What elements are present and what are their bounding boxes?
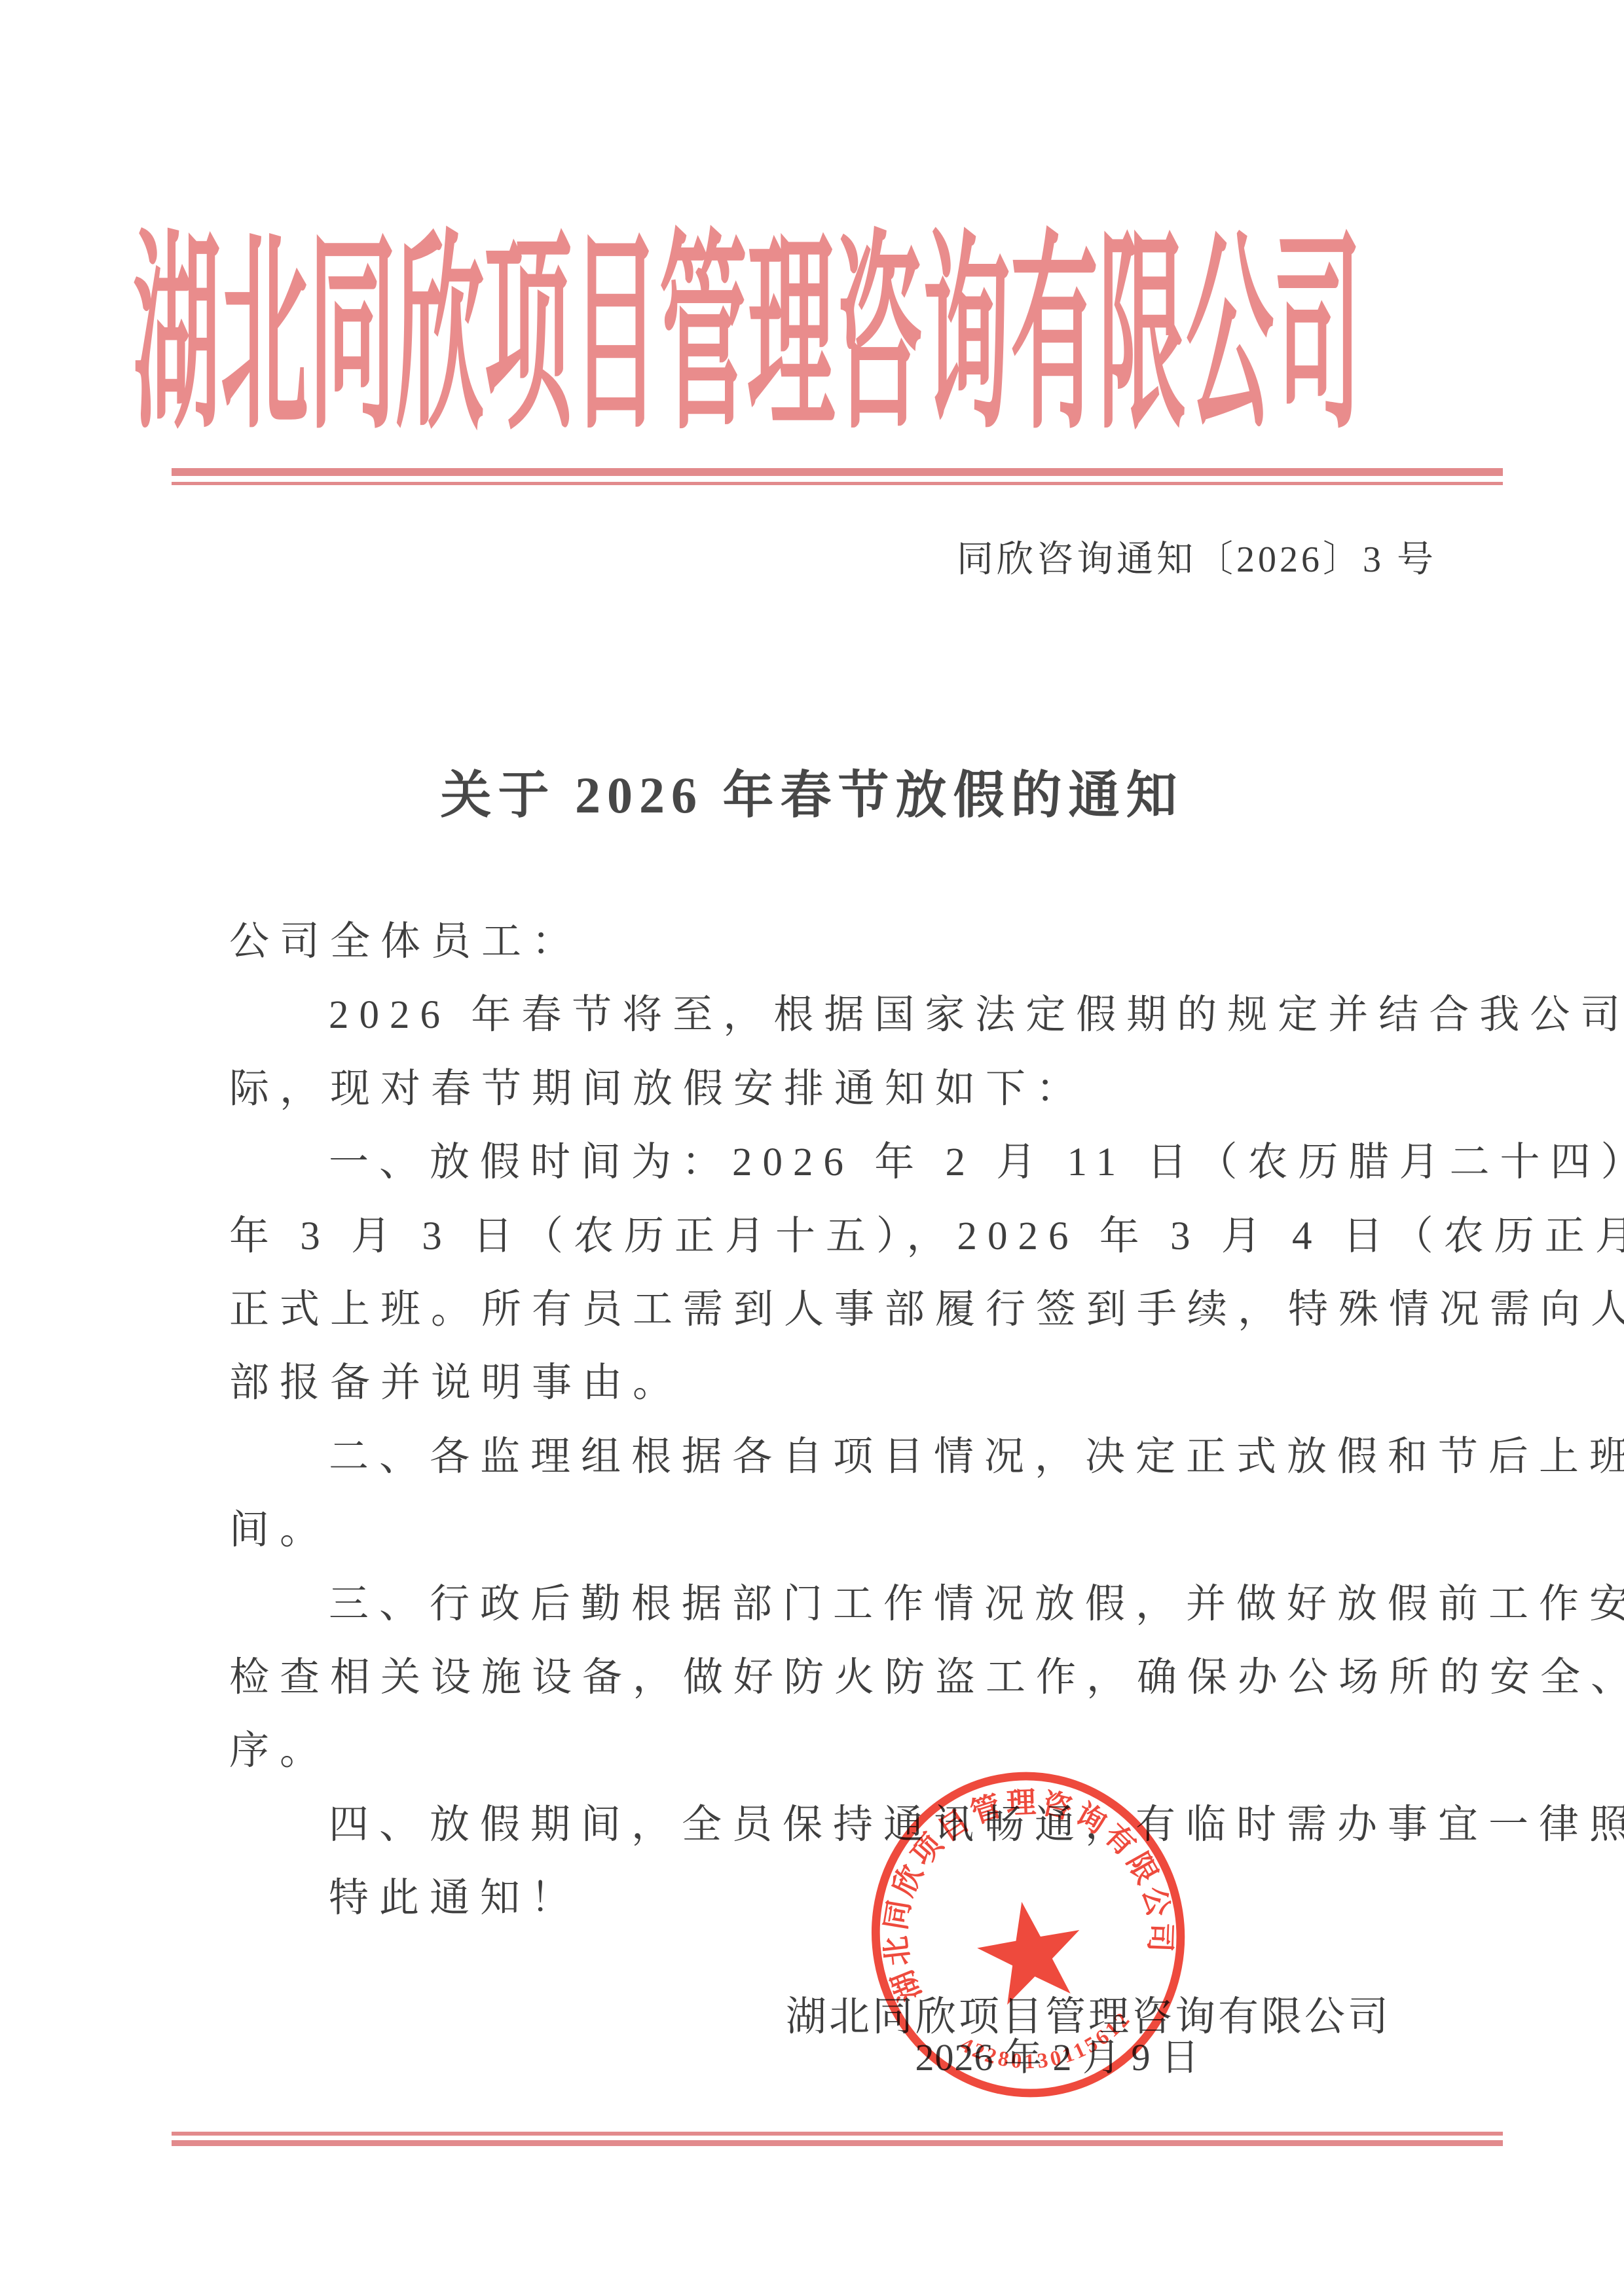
document-number: 同欣咨询通知〔2026〕3 号	[957, 530, 1437, 583]
body-line-item-3: 三、行政后勤根据部门工作情况放假，并做好放假前工作安排，	[229, 1568, 1473, 1641]
body-line: 检查相关设施设备，做好防火防盗工作，确保办公场所的安全、有	[229, 1641, 1473, 1715]
body-line: 年 3 月 3 日（农历正月十五），2026 年 3 月 4 日（农历正月十六）	[229, 1200, 1473, 1273]
company-seal-stamp: 湖北同欣项目管理咨询有限公司 42280130115612	[864, 1769, 1198, 2104]
body-line: 2026 年春节将至，根据国家法定假期的规定并结合我公司实	[229, 979, 1473, 1052]
notice-body: 公司全体员工： 2026 年春节将至，根据国家法定假期的规定并结合我公司实 际，…	[229, 905, 1473, 1936]
header-rule-thin	[172, 482, 1503, 485]
body-line: 际，现对春节期间放假安排通知如下：	[229, 1053, 1473, 1126]
body-line: 部报备并说明事由。	[229, 1347, 1473, 1420]
body-line-closing: 特此通知！	[229, 1862, 1473, 1935]
scanned-notice-page: 湖北同欣项目管理咨询有限公司 同欣咨询通知〔2026〕3 号 关于 2026 年…	[0, 0, 1624, 2296]
body-line: 正式上班。所有员工需到人事部履行签到手续，特殊情况需向人事	[229, 1273, 1473, 1347]
letterhead-company-name: 湖北同欣项目管理咨询有限公司	[133, 230, 1371, 452]
body-line-item-4: 四、放假期间，全员保持通讯畅通，有临时需办事宜一律照办。	[229, 1789, 1473, 1862]
header-rule-thick	[172, 468, 1503, 476]
body-line: 间。	[229, 1494, 1473, 1567]
body-line-item-2: 二、各监理组根据各自项目情况，决定正式放假和节后上班时	[229, 1421, 1473, 1494]
star-icon	[970, 1893, 1090, 2008]
body-line: 序。	[229, 1715, 1473, 1788]
footer-rule-thick	[172, 2140, 1503, 2146]
seal-serial-number: 42280130115612	[953, 2003, 1142, 2086]
notice-title: 关于 2026 年春节放假的通知	[0, 754, 1624, 828]
body-line-item-1: 一、放假时间为：2026 年 2 月 11 日（农历腊月二十四）至 2026	[229, 1126, 1473, 1199]
footer-rule-thin	[172, 2132, 1503, 2136]
body-line-salutation: 公司全体员工：	[229, 905, 1473, 979]
